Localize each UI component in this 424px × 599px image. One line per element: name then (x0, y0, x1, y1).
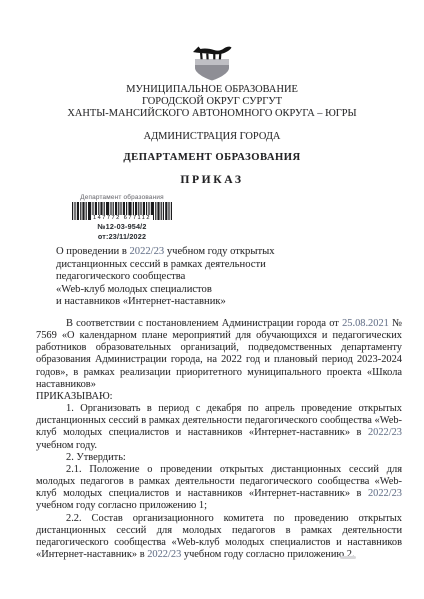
order-item-2-1: 2.1. Положение о проведении открытых дис… (36, 464, 402, 513)
letterhead: МУНИЦИПАЛЬНОЕ ОБРАЗОВАНИЕ ГОРОДСКОЙ ОКРУ… (0, 84, 424, 186)
order-title-line2: дистанционных сессий в рамках деятельнос… (56, 259, 348, 272)
registration-date: от:23/11/2022 (64, 232, 180, 241)
order-title-line5: и наставников «Интернет-наставник» (56, 296, 348, 309)
resolution-date: 25.08.2021 (342, 318, 389, 329)
coat-of-arms-graphic (189, 42, 235, 82)
order-title: О проведении в 2022/23 учебном году откр… (56, 246, 348, 309)
administration-line: АДМИНИСТРАЦИЯ ГОРОДА (0, 131, 424, 142)
order-body: В соответствии с постановлением Админист… (36, 318, 402, 561)
registration-stamp: Департамент образования 1 (64, 194, 180, 241)
order-title-line3: педагогического сообщества (56, 271, 348, 284)
order-item-2: 2. Утвердить: (36, 452, 402, 464)
scanned-order-document: МУНИЦИПАЛЬНОЕ ОБРАЗОВАНИЕ ГОРОДСКОЙ ОКРУ… (0, 0, 424, 599)
prikaz-keyword: ПРИКАЗЫВАЮ: (36, 391, 402, 403)
order-item-2-2: 2.2. Состав организационного комитета по… (36, 513, 402, 562)
barcode-icon: 147772 677112 (72, 202, 172, 220)
order-title-line4: «Web-клуб молодых специалистов (56, 284, 348, 297)
order-title-line1: О проведении в 2022/23 учебном году откр… (56, 246, 348, 259)
surgut-coat-of-arms-icon (189, 42, 235, 82)
scan-artifact-mark (340, 556, 356, 559)
document-type-heading: ПРИКАЗ (0, 173, 424, 186)
fox-icon (193, 47, 232, 55)
department-line: ДЕПАРТАМЕНТ ОБРАЗОВАНИЯ (0, 152, 424, 163)
registration-number: №12-03-954/2 (64, 222, 180, 231)
org-name-line2: ГОРОДСКОЙ ОКРУГ СУРГУТ (0, 96, 424, 108)
title-year: 2022/23 (129, 246, 164, 257)
preamble-paragraph: В соответствии с постановлением Админист… (36, 318, 402, 391)
barcode-digits: 147772 677112 (91, 215, 153, 221)
org-name-line3: ХАНТЫ-МАНСИЙСКОГО АВТОНОМНОГО ОКРУГА – Ю… (0, 108, 424, 120)
stamp-department-label: Департамент образования (64, 194, 180, 201)
org-name-line1: МУНИЦИПАЛЬНОЕ ОБРАЗОВАНИЕ (0, 84, 424, 96)
order-item-1: 1. Организовать в период с декабря по ап… (36, 403, 402, 452)
